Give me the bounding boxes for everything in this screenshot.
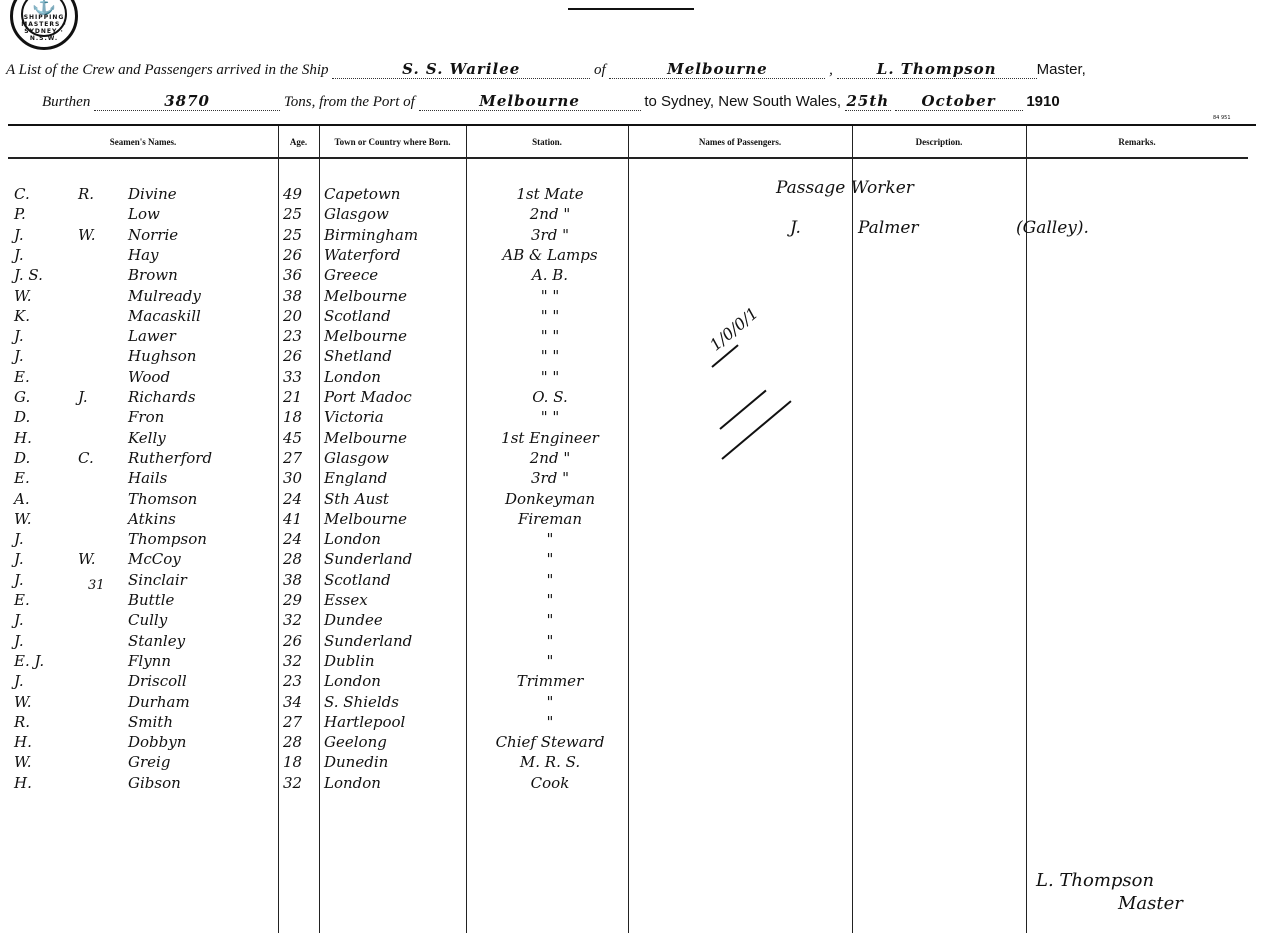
crew-birthplace: Dundee (324, 610, 466, 630)
crew-station: Trimmer (472, 671, 628, 691)
crew-age: 36 (283, 265, 317, 285)
crew-initials: J. (14, 671, 70, 691)
crew-surname: Hay (128, 245, 278, 265)
header-line-1: A List of the Crew and Passengers arrive… (6, 60, 1086, 79)
crew-birthplace: Birmingham (324, 225, 466, 245)
crew-age: 28 (283, 732, 317, 752)
crew-initials: E. (14, 468, 70, 488)
list-title: A List of the Crew and Passengers arrive… (6, 62, 329, 78)
crew-surname: Greig (128, 752, 278, 772)
crew-station: Cook (472, 773, 628, 793)
crew-surname: McCoy (128, 549, 278, 569)
crew-station: Donkeyman (472, 489, 628, 509)
crew-birthplace: Sth Aust (324, 489, 466, 509)
crew-station: " (472, 549, 628, 569)
column-divider (1026, 126, 1027, 933)
crew-age: 27 (283, 712, 317, 732)
crew-surname: Buttle (128, 590, 278, 610)
crew-station: 2nd " (472, 204, 628, 224)
crew-birthplace: Greece (324, 265, 466, 285)
crew-initials: R. (14, 712, 70, 732)
crew-initials: J. (14, 326, 70, 346)
crew-birthplace: Sunderland (324, 631, 466, 651)
passenger-heading: Passage Worker (776, 178, 914, 198)
crew-birthplace: London (324, 773, 466, 793)
crew-initials: E. J. (14, 651, 70, 671)
crew-age: 27 (283, 448, 317, 468)
crew-birthplace: Waterford (324, 245, 466, 265)
crew-age: 38 (283, 286, 317, 306)
col-header-station: Station. (466, 132, 628, 152)
crew-surname: Lawer (128, 326, 278, 346)
crew-age: 28 (283, 549, 317, 569)
home-port-field: Melbourne (609, 60, 825, 79)
crew-station: 1st Mate (472, 184, 628, 204)
crew-birthplace: Scotland (324, 570, 466, 590)
crew-initials: H. (14, 773, 70, 793)
crew-age: 20 (283, 306, 317, 326)
crew-birthplace: Dublin (324, 651, 466, 671)
crew-station: " " (472, 407, 628, 427)
crew-station: " (472, 651, 628, 671)
burthen-field: 3870 (94, 92, 280, 111)
crew-middle-initial: W. (78, 225, 118, 245)
margin-mark: 31 (88, 578, 105, 593)
crew-birthplace: London (324, 671, 466, 691)
crew-initials: C. (14, 184, 70, 204)
crew-age: 32 (283, 651, 317, 671)
crew-initials: J. (14, 549, 70, 569)
crew-station: " (472, 692, 628, 712)
year-field: 1910 (1026, 93, 1059, 110)
destination-label: to Sydney, New South Wales, (644, 93, 841, 110)
master-label: Master, (1037, 61, 1086, 78)
crew-birthplace: Capetown (324, 184, 466, 204)
col-header-remarks: Remarks. (1026, 132, 1248, 152)
column-divider (466, 126, 467, 933)
crew-age: 33 (283, 367, 317, 387)
crew-station: 3rd " (472, 225, 628, 245)
crew-station: " " (472, 326, 628, 346)
crew-station: Fireman (472, 509, 628, 529)
crew-station: M. R. S. (472, 752, 628, 772)
crew-surname: Norrie (128, 225, 278, 245)
crew-surname: Thompson (128, 529, 278, 549)
crew-birthplace: London (324, 367, 466, 387)
master-signature: L. Thompson (1036, 870, 1154, 891)
crew-initials: W. (14, 286, 70, 306)
crew-birthplace: Melbourne (324, 326, 466, 346)
crew-surname: Durham (128, 692, 278, 712)
crew-age: 32 (283, 610, 317, 630)
crew-age: 26 (283, 346, 317, 366)
crew-station: " (472, 631, 628, 651)
crew-birthplace: London (324, 529, 466, 549)
tons-label: Tons, from the Port of (284, 94, 415, 110)
crew-surname: Kelly (128, 428, 278, 448)
crew-station: " (472, 590, 628, 610)
crew-initials: W. (14, 509, 70, 529)
col-header-age: Age. (278, 132, 319, 152)
comma: , (829, 62, 833, 78)
crew-surname: Fron (128, 407, 278, 427)
crew-age: 21 (283, 387, 317, 407)
crew-birthplace: Dunedin (324, 752, 466, 772)
burthen-label: Burthen (42, 94, 90, 110)
crew-station: A. B. (472, 265, 628, 285)
ship-name-field: S. S. Warilee (332, 60, 590, 79)
tally-stroke (719, 390, 766, 430)
crew-initials: J. S. (14, 265, 70, 285)
crew-initials: P. (14, 204, 70, 224)
header-line-2: Burthen 3870 Tons, from the Port of Melb… (42, 92, 1060, 111)
of-label: of (594, 62, 606, 78)
crew-birthplace: Glasgow (324, 448, 466, 468)
crew-station: AB & Lamps (472, 245, 628, 265)
crew-birthplace: England (324, 468, 466, 488)
crew-surname: Driscoll (128, 671, 278, 691)
crew-station: 3rd " (472, 468, 628, 488)
month-field: October (895, 92, 1023, 111)
passenger-initial: J. (790, 218, 801, 238)
crew-middle-initial: W. (78, 549, 118, 569)
crew-station: " (472, 712, 628, 732)
crew-initials: K. (14, 306, 70, 326)
crew-initials: D. (14, 448, 70, 468)
master-title: Master (1118, 893, 1183, 914)
seal-text: SHIPPING MASTERS · SYDNEY · N.S.W. (13, 14, 75, 42)
crew-surname: Wood (128, 367, 278, 387)
crew-initials: J. (14, 610, 70, 630)
crew-surname: Mulready (128, 286, 278, 306)
day-field: 25th (845, 92, 891, 111)
crew-surname: Dobbyn (128, 732, 278, 752)
crew-surname: Low (128, 204, 278, 224)
crew-initials: J. (14, 631, 70, 651)
crew-birthplace: Sunderland (324, 549, 466, 569)
crew-initials: H. (14, 732, 70, 752)
form-number: 84 951 (1213, 115, 1231, 121)
crew-initials: E. (14, 367, 70, 387)
crew-age: 49 (283, 184, 317, 204)
from-port-field: Melbourne (419, 92, 641, 111)
crew-surname: Cully (128, 610, 278, 630)
crew-birthplace: Glasgow (324, 204, 466, 224)
crew-birthplace: Melbourne (324, 286, 466, 306)
top-rule (568, 8, 694, 10)
crew-surname: Gibson (128, 773, 278, 793)
crew-surname: Hughson (128, 346, 278, 366)
passenger-name: Palmer (858, 218, 919, 238)
col-header-passengers: Names of Passengers. (628, 132, 852, 152)
crew-station: " (472, 610, 628, 630)
column-divider (628, 126, 629, 933)
crew-initials: D. (14, 407, 70, 427)
crew-initials: A. (14, 489, 70, 509)
crew-birthplace: Geelong (324, 732, 466, 752)
anchor-icon: ⚓ (13, 0, 75, 15)
crew-age: 34 (283, 692, 317, 712)
crew-birthplace: S. Shields (324, 692, 466, 712)
tally-stroke (721, 400, 791, 459)
col-header-description: Description. (852, 132, 1026, 152)
crew-middle-initial: R. (78, 184, 118, 204)
crew-surname: Rutherford (128, 448, 278, 468)
crew-station: O. S. (472, 387, 628, 407)
crew-station: Chief Steward (472, 732, 628, 752)
crew-age: 41 (283, 509, 317, 529)
crew-age: 38 (283, 570, 317, 590)
crew-initials: W. (14, 752, 70, 772)
crew-age: 45 (283, 428, 317, 448)
crew-initials: J. (14, 245, 70, 265)
crew-surname: Macaskill (128, 306, 278, 326)
crew-birthplace: Scotland (324, 306, 466, 326)
crew-age: 23 (283, 671, 317, 691)
crew-age: 32 (283, 773, 317, 793)
crew-surname: Sinclair (128, 570, 278, 590)
crew-surname: Divine (128, 184, 278, 204)
crew-station: " (472, 570, 628, 590)
crew-age: 26 (283, 631, 317, 651)
crew-age: 25 (283, 204, 317, 224)
table-top-rule (8, 124, 1256, 126)
crew-age: 26 (283, 245, 317, 265)
crew-surname: Brown (128, 265, 278, 285)
crew-age: 25 (283, 225, 317, 245)
crew-surname: Richards (128, 387, 278, 407)
passenger-note: (Galley). (1016, 218, 1089, 238)
crew-station: " (472, 529, 628, 549)
column-divider (852, 126, 853, 933)
crew-surname: Smith (128, 712, 278, 732)
master-name-field: L. Thompson (837, 60, 1037, 79)
crew-surname: Thomson (128, 489, 278, 509)
crew-station: 2nd " (472, 448, 628, 468)
crew-age: 30 (283, 468, 317, 488)
crew-initials: G. (14, 387, 70, 407)
crew-station: 1st Engineer (472, 428, 628, 448)
crew-initials: E. (14, 590, 70, 610)
crew-birthplace: Essex (324, 590, 466, 610)
crew-age: 24 (283, 529, 317, 549)
crew-middle-initial: C. (78, 448, 118, 468)
shipping-office-seal: ⚓ SHIPPING MASTERS · SYDNEY · N.S.W. (10, 0, 78, 50)
crew-birthplace: Melbourne (324, 428, 466, 448)
crew-age: 24 (283, 489, 317, 509)
crew-birthplace: Port Madoc (324, 387, 466, 407)
crew-age: 18 (283, 752, 317, 772)
crew-initials: J. (14, 529, 70, 549)
crew-station: " " (472, 346, 628, 366)
col-header-born: Town or Country where Born. (319, 132, 466, 152)
crew-birthplace: Victoria (324, 407, 466, 427)
crew-middle-initial: J. (78, 387, 118, 407)
crew-surname: Hails (128, 468, 278, 488)
crew-initials: J. (14, 225, 70, 245)
crew-birthplace: Hartlepool (324, 712, 466, 732)
crew-age: 29 (283, 590, 317, 610)
crew-age: 18 (283, 407, 317, 427)
col-header-seamens-names: Seamen's Names. (8, 132, 278, 152)
column-divider (319, 126, 320, 933)
column-divider (278, 126, 279, 933)
crew-birthplace: Shetland (324, 346, 466, 366)
crew-age: 23 (283, 326, 317, 346)
crew-initials: J. (14, 570, 70, 590)
crew-surname: Atkins (128, 509, 278, 529)
crew-station: " " (472, 367, 628, 387)
crew-initials: J. (14, 346, 70, 366)
crew-initials: H. (14, 428, 70, 448)
crew-surname: Stanley (128, 631, 278, 651)
crew-initials: W. (14, 692, 70, 712)
crew-station: " " (472, 286, 628, 306)
crew-birthplace: Melbourne (324, 509, 466, 529)
crew-station: " " (472, 306, 628, 326)
crew-surname: Flynn (128, 651, 278, 671)
